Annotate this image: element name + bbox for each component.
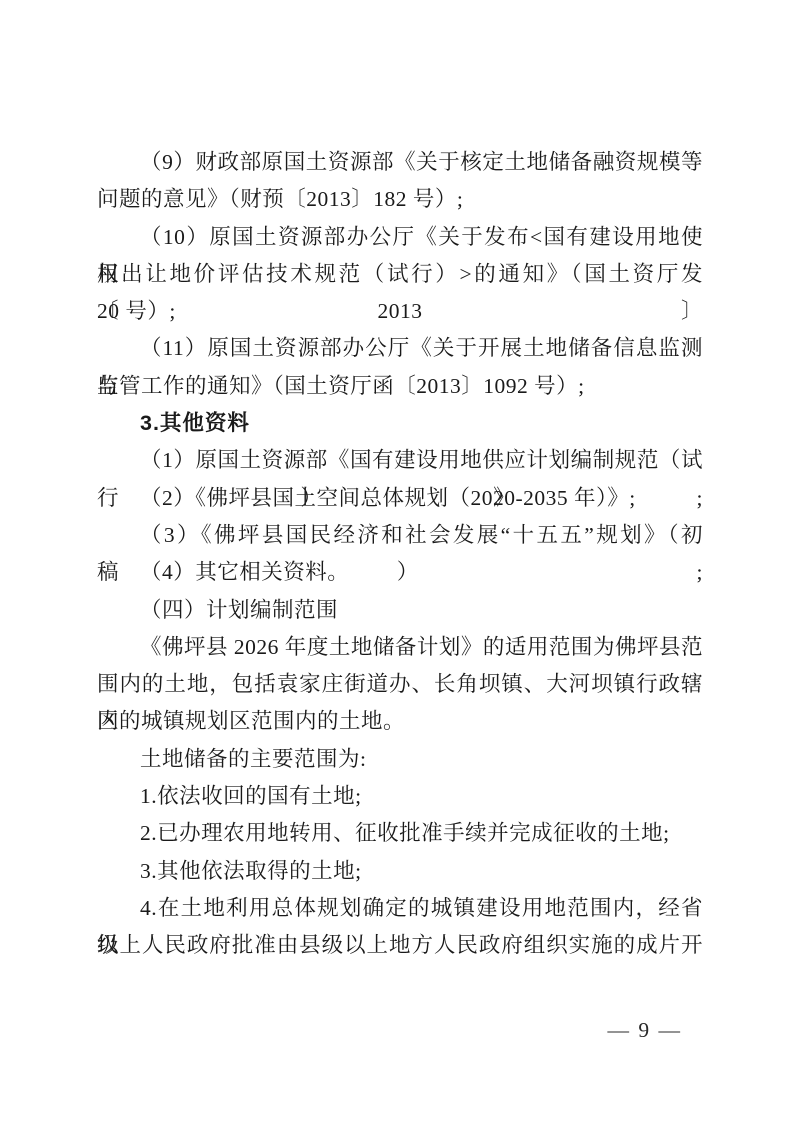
page-number: — 9 — bbox=[608, 1012, 683, 1049]
text-line: 问题的意见》（财预〔2013〕182 号）; bbox=[97, 181, 703, 218]
text-line: 内的城镇规划区范围内的土地。 bbox=[97, 703, 703, 740]
text-line: 3.其他资料 bbox=[97, 405, 703, 442]
text-line: （2）《佛坪县国土空间总体规划（2020-2035 年）》; bbox=[97, 480, 703, 517]
text-line: （11）原国土资源部办公厅《关于开展土地储备信息监测与 bbox=[97, 330, 703, 367]
text-line: 3.其他依法取得的土地; bbox=[97, 853, 703, 890]
text-line: 2.已办理农用地转用、征收批准手续并完成征收的土地; bbox=[97, 815, 703, 852]
text-line: 《佛坪县 2026 年度土地储备计划》的适用范围为佛坪县范 bbox=[97, 629, 703, 666]
text-line: （9）财政部原国土资源部《关于核定土地储备融资规模等 bbox=[97, 144, 703, 181]
document-page: （9）财政部原国土资源部《关于核定土地储备融资规模等问题的意见》（财预〔2013… bbox=[0, 0, 794, 1121]
text-line: 土地储备的主要范围为: bbox=[97, 741, 703, 778]
text-line: 监管工作的通知》（国土资厅函〔2013〕1092 号）; bbox=[97, 368, 703, 405]
text-line: 4.在土地利用总体规划确定的城镇建设用地范围内，经省级 bbox=[97, 890, 703, 927]
text-line: 围内的土地，包括袁家庄街道办、长角坝镇、大河坝镇行政辖区 bbox=[97, 666, 703, 703]
text-line: 1.依法收回的国有土地; bbox=[97, 778, 703, 815]
text-line: （3）《佛坪县国民经济和社会发展“十五五”规划》（初稿）; bbox=[97, 517, 703, 554]
document-body: （9）财政部原国土资源部《关于核定土地储备融资规模等问题的意见》（财预〔2013… bbox=[97, 144, 703, 965]
text-line: 权出让地价评估技术规范（试行）>的通知》（国土资厅发〔2013〕 bbox=[97, 256, 703, 293]
text-line: （10）原国土资源部办公厅《关于发布<国有建设用地使用 bbox=[97, 219, 703, 256]
text-line: （四）计划编制范围 bbox=[97, 592, 703, 629]
text-line: 以上人民政府批准由县级以上地方人民政府组织实施的成片开 bbox=[97, 927, 703, 964]
text-line: （1）原国土资源部《国有建设用地供应计划编制规范（试行）》; bbox=[97, 442, 703, 479]
